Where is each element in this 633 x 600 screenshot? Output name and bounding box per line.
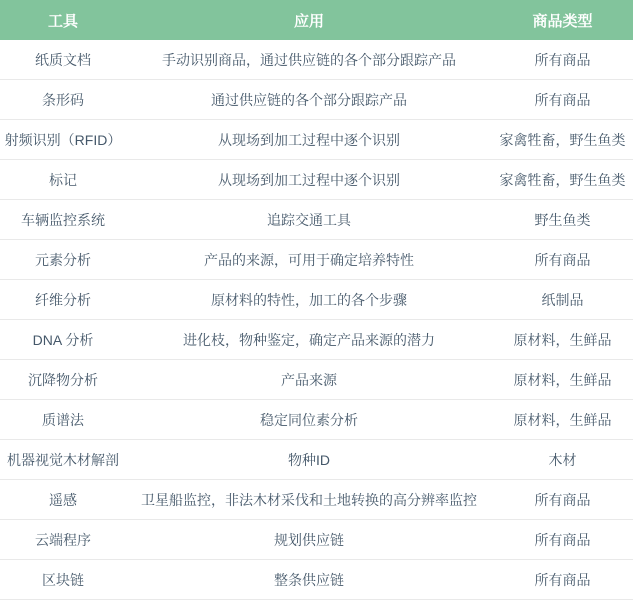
table-row: 纤维分析 原材料的特性，加工的各个步骤 纸制品 [0,280,633,320]
table-row: DNA 分析 进化枝，物种鉴定，确定产品来源的潜力 原材料，生鲜品 [0,320,633,360]
table-row: 云端程序 规划供应链 所有商品 [0,520,633,560]
commodity-type-cell: 原材料，生鲜品 [492,400,633,439]
table-row: 射频识别（RFID） 从现场到加工过程中逐个识别 家禽牲畜，野生鱼类 [0,120,633,160]
commodity-type-cell: 所有商品 [492,480,633,519]
commodity-type-cell: 所有商品 [492,80,633,119]
commodity-type-cell: 所有商品 [492,40,633,79]
table-row: 纸质文档 手动识别商品，通过供应链的各个部分跟踪产品 所有商品 [0,40,633,80]
header-cell-application: 应用 [126,0,492,40]
table-body: 纸质文档 手动识别商品，通过供应链的各个部分跟踪产品 所有商品 条形码 通过供应… [0,40,633,600]
tool-cell: DNA 分析 [0,320,126,359]
tool-cell: 云端程序 [0,520,126,559]
table-row: 标记 从现场到加工过程中逐个识别 家禽牲畜，野生鱼类 [0,160,633,200]
application-cell: 规划供应链 [126,520,492,559]
tool-cell: 纸质文档 [0,40,126,79]
application-cell: 整条供应链 [126,560,492,599]
commodity-type-cell: 家禽牲畜，野生鱼类 [492,120,633,159]
commodity-type-cell: 原材料，生鲜品 [492,360,633,399]
traceability-tools-table: 工具 应用 商品类型 纸质文档 手动识别商品，通过供应链的各个部分跟踪产品 所有… [0,0,633,600]
commodity-type-cell: 所有商品 [492,520,633,559]
table-row: 机器视觉木材解剖 物种ID 木材 [0,440,633,480]
tool-cell: 标记 [0,160,126,199]
application-cell: 卫星船监控，非法木材采伐和土地转换的高分辨率监控 [126,480,492,519]
commodity-type-cell: 野生鱼类 [492,200,633,239]
application-cell: 原材料的特性，加工的各个步骤 [126,280,492,319]
application-cell: 从现场到加工过程中逐个识别 [126,120,492,159]
application-cell: 物种ID [126,440,492,479]
application-cell: 手动识别商品，通过供应链的各个部分跟踪产品 [126,40,492,79]
table-row: 沉降物分析 产品来源 原材料，生鲜品 [0,360,633,400]
application-cell: 进化枝，物种鉴定，确定产品来源的潜力 [126,320,492,359]
tool-cell: 射频识别（RFID） [0,120,126,159]
table-row: 条形码 通过供应链的各个部分跟踪产品 所有商品 [0,80,633,120]
commodity-type-cell: 木材 [492,440,633,479]
application-cell: 从现场到加工过程中逐个识别 [126,160,492,199]
tool-cell: 条形码 [0,80,126,119]
tool-cell: 沉降物分析 [0,360,126,399]
tool-cell: 纤维分析 [0,280,126,319]
application-cell: 追踪交通工具 [126,200,492,239]
table-row: 区块链 整条供应链 所有商品 [0,560,633,600]
tool-cell: 元素分析 [0,240,126,279]
header-cell-commodity-type: 商品类型 [492,0,633,40]
commodity-type-cell: 所有商品 [492,560,633,599]
tool-cell: 质谱法 [0,400,126,439]
commodity-type-cell: 原材料，生鲜品 [492,320,633,359]
application-cell: 产品的来源，可用于确定培养特性 [126,240,492,279]
table-row: 遥感 卫星船监控，非法木材采伐和土地转换的高分辨率监控 所有商品 [0,480,633,520]
table-row: 质谱法 稳定同位素分析 原材料，生鲜品 [0,400,633,440]
application-cell: 通过供应链的各个部分跟踪产品 [126,80,492,119]
table-header-row: 工具 应用 商品类型 [0,0,633,40]
header-cell-tool: 工具 [0,0,126,40]
tool-cell: 遥感 [0,480,126,519]
table-row: 元素分析 产品的来源，可用于确定培养特性 所有商品 [0,240,633,280]
application-cell: 产品来源 [126,360,492,399]
commodity-type-cell: 家禽牲畜，野生鱼类 [492,160,633,199]
tool-cell: 区块链 [0,560,126,599]
application-cell: 稳定同位素分析 [126,400,492,439]
table-row: 车辆监控系统 追踪交通工具 野生鱼类 [0,200,633,240]
tool-cell: 车辆监控系统 [0,200,126,239]
commodity-type-cell: 所有商品 [492,240,633,279]
commodity-type-cell: 纸制品 [492,280,633,319]
tool-cell: 机器视觉木材解剖 [0,440,126,479]
